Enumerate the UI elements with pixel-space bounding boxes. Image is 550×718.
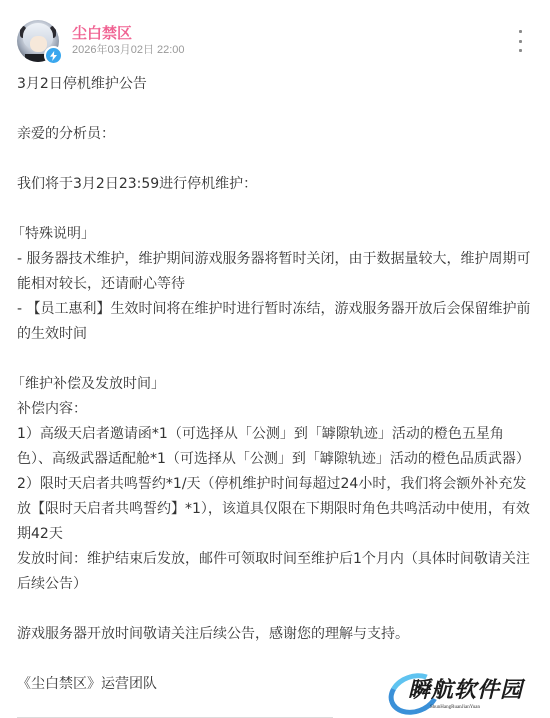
compensation-item-1: 1）高级天启者邀请函*1（可选择从「公测」到「罅隙轨迹」活动的橙色五星角色）、高… xyxy=(17,422,537,472)
blank-line xyxy=(17,197,537,222)
more-vertical-icon-dot xyxy=(519,40,522,43)
lightning-bolt-icon xyxy=(49,51,58,61)
blank-line xyxy=(17,597,537,622)
post-timestamp: 2026年03月02日 22:00 xyxy=(72,43,185,57)
post-title: 3月2日停机维护公告 xyxy=(17,72,537,97)
blank-line xyxy=(17,347,537,372)
post-header: 尘白禁区 2026年03月02日 22:00 xyxy=(0,0,550,68)
greeting: 亲爱的分析员： xyxy=(17,122,537,147)
special-note-1: - 服务器技术维护，维护期间游戏服务器将暂时关闭，由于数据量较大，维护周期可能相… xyxy=(17,247,537,297)
special-note-2: - 【员工惠利】生效时间将在维护时进行暂时冻结，游戏服务器开放后会保留维护前的生… xyxy=(17,297,537,347)
more-vertical-icon-dot xyxy=(519,49,522,52)
author-name[interactable]: 尘白禁区 xyxy=(72,24,132,42)
maintenance-time: 我们将于3月2日23:59进行停机维护： xyxy=(17,172,537,197)
more-options-button[interactable] xyxy=(512,30,528,52)
verified-badge xyxy=(44,46,63,65)
section-heading-special-notes: 「特殊说明」 xyxy=(11,222,537,247)
watermark-text: 瞬航软件园 xyxy=(408,678,523,704)
compensation-label: 补偿内容： xyxy=(17,397,537,422)
watermark-subtext: ShunHangRuanJianYuan xyxy=(430,705,480,711)
compensation-item-2: 2）限时天启者共鸣誓约*1/天（停机维护时间每超过24小时，我们将会额外补充发放… xyxy=(17,472,537,547)
closing-message: 游戏服务器开放时间敬请关注后续公告，感谢您的理解与支持。 xyxy=(17,622,537,647)
distribution-time: 发放时间：维护结束后发放，邮件可领取时间至维护后1个月内（具体时间敬请关注后续公… xyxy=(17,547,537,597)
blank-line xyxy=(17,147,537,172)
post-content: 3月2日停机维护公告 亲爱的分析员： 我们将于3月2日23:59进行停机维护： … xyxy=(17,72,537,697)
section-heading-compensation: 「维护补偿及发放时间」 xyxy=(11,372,537,397)
blank-line xyxy=(17,97,537,122)
blank-line xyxy=(17,647,537,672)
more-vertical-icon xyxy=(519,30,522,33)
watermark-logo: 瞬航软件园 ShunHangRuanJianYuan xyxy=(386,672,546,718)
